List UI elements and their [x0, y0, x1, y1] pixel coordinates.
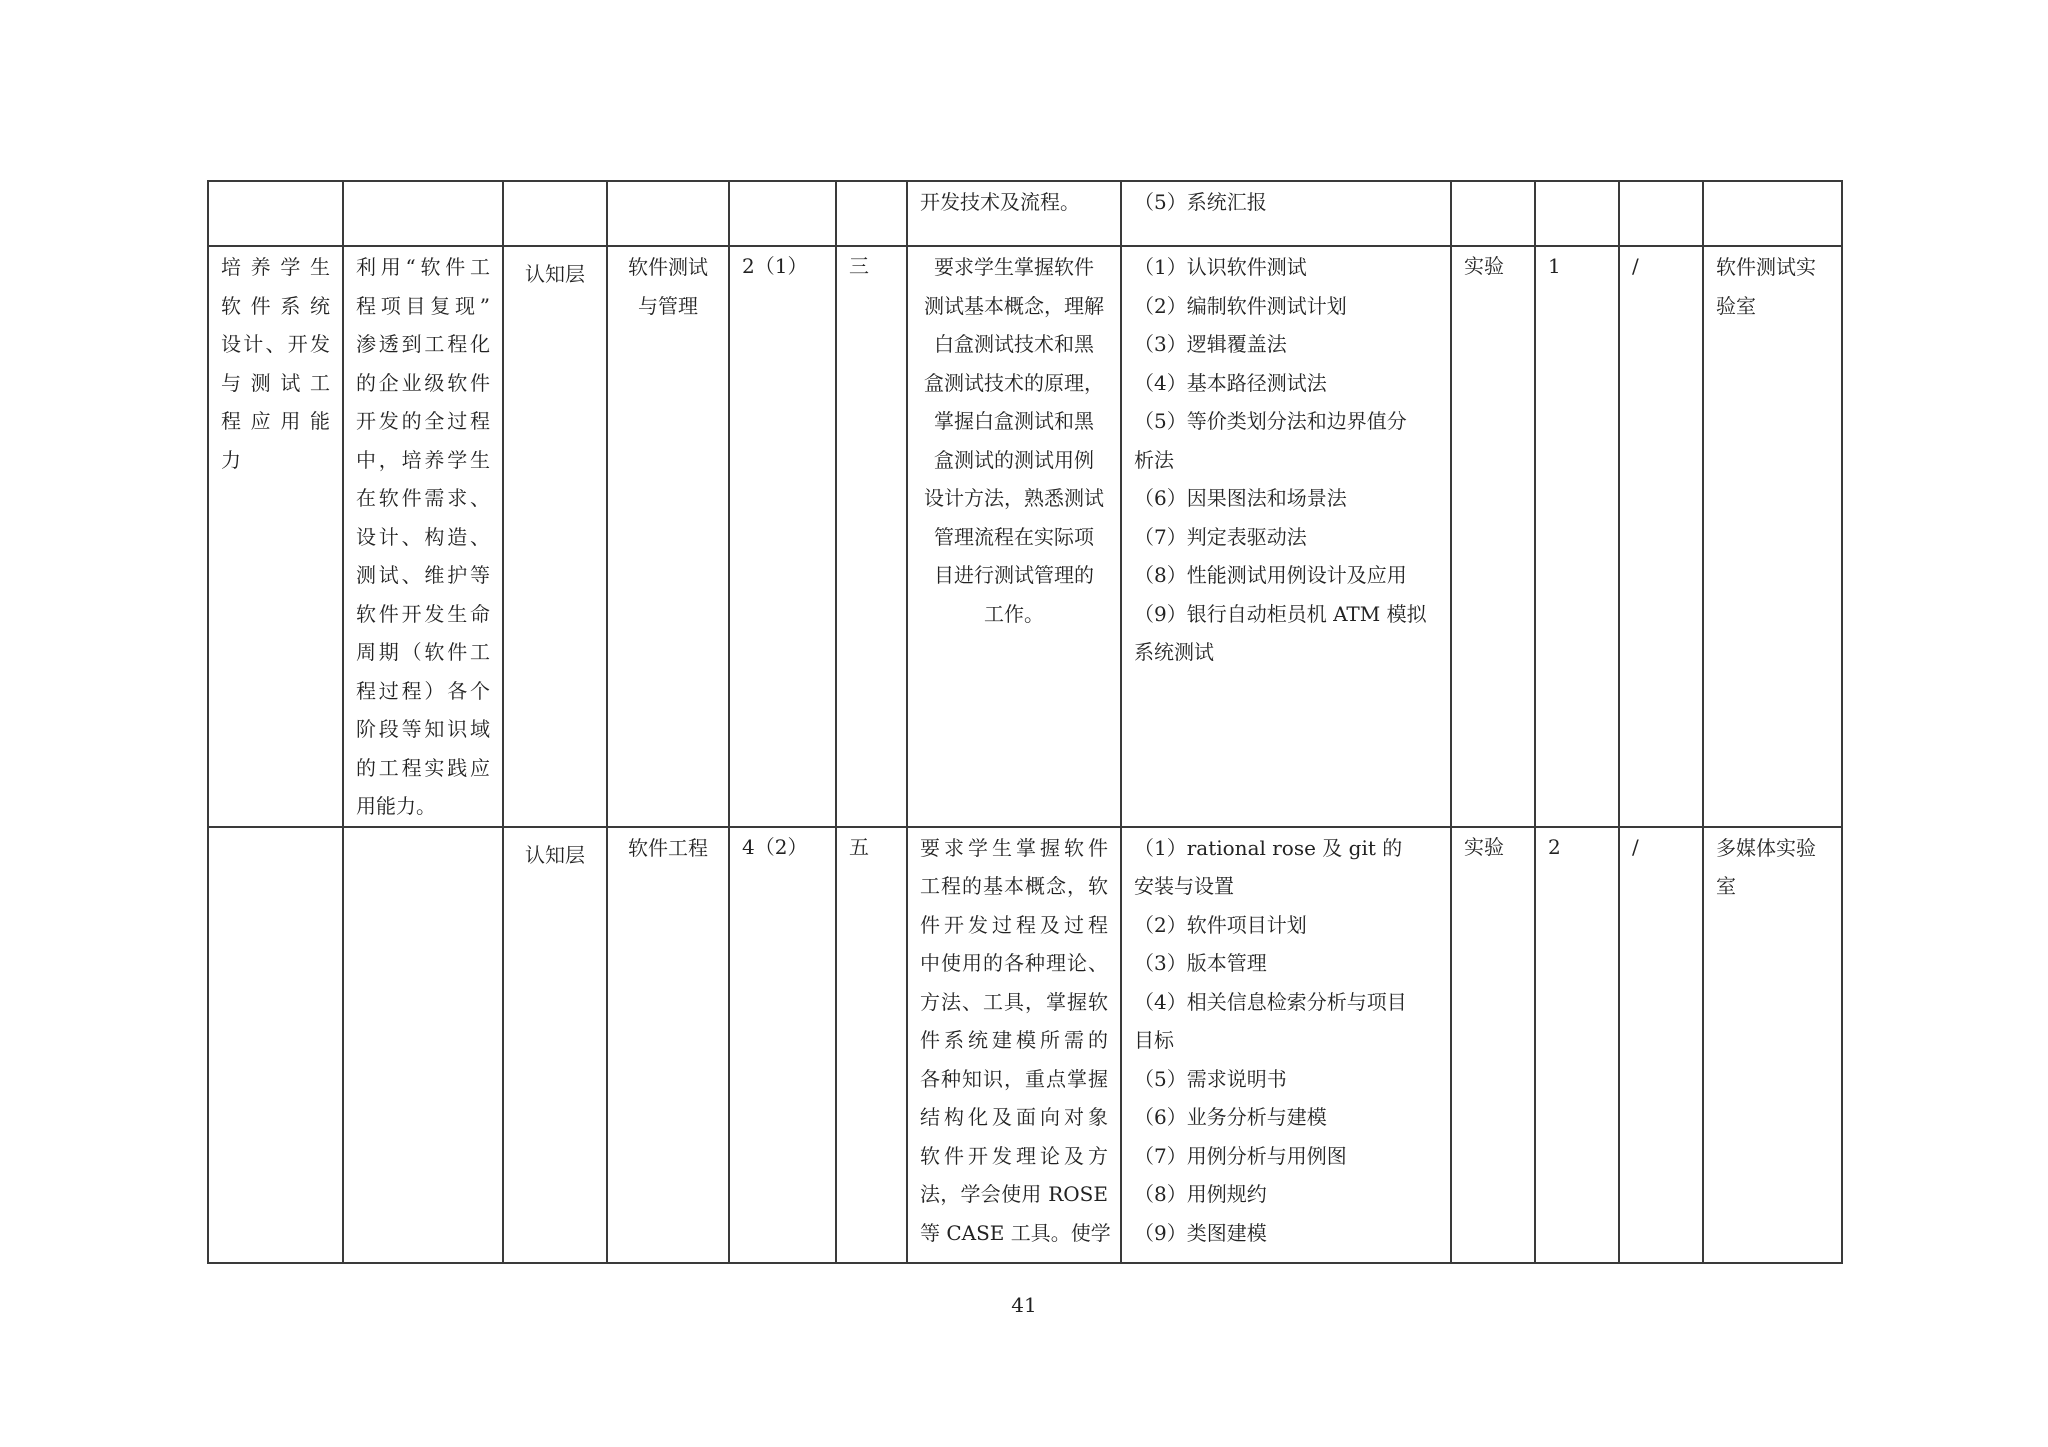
requirements-cell: 要求学生掌握软件测试基本概念，理解白盒测试技术和黑盒测试技术的原理，掌握白盒测试…	[907, 246, 1121, 827]
cell-line: （8）性能测试用例设计及应用	[1134, 556, 1438, 595]
type-cell: 实验	[1451, 827, 1535, 1263]
cell-line: （9）类图建模	[1134, 1214, 1438, 1253]
hours-text: 4（2）	[742, 835, 807, 859]
cell-line: 目进行测试管理的	[920, 556, 1108, 595]
objective-cell	[208, 827, 343, 1263]
cell-line: 用能力。	[356, 787, 490, 826]
cell-line: （9）银行自动柜员机 ATM 模拟	[1134, 595, 1438, 634]
cell-line: 的企业级软件	[356, 364, 490, 403]
cell-line: 利用“软件工	[356, 248, 490, 287]
cell-line: 法，学会使用 ROSE	[920, 1175, 1108, 1214]
cell-line: （4）相关信息检索分析与项目	[1134, 983, 1438, 1022]
cell-line: 与管理	[620, 287, 716, 326]
term-cell	[836, 181, 907, 246]
cell-line: 室	[1716, 867, 1829, 906]
cell-line: 阶段等知识域	[356, 710, 490, 749]
table-row: 认知层 软件工程 4（2） 五 要求学生掌握软件工程的基本概念，软件开发过程及过…	[208, 827, 1842, 1263]
cell-line: （8）用例规约	[1134, 1175, 1438, 1214]
cell-line: 安装与设置	[1134, 867, 1438, 906]
level-cell: 认知层	[503, 827, 607, 1263]
cell-line: 析法	[1134, 441, 1438, 480]
cell-line: 工程的基本概念，软	[920, 867, 1108, 906]
cell-line: 渗透到工程化	[356, 325, 490, 364]
group-size-text: 2	[1548, 835, 1561, 859]
objective-cell	[208, 181, 343, 246]
type-cell: 实验	[1451, 246, 1535, 827]
cell-line: （1）认识软件测试	[1134, 248, 1438, 287]
contents-cell: （1）rational rose 及 git 的安装与设置（2）软件项目计划（3…	[1121, 827, 1451, 1263]
required-cell: /	[1619, 246, 1703, 827]
type-cell	[1451, 181, 1535, 246]
cell-line: 各种知识，重点掌握	[920, 1060, 1108, 1099]
cell-line: 在软件需求、	[356, 479, 490, 518]
group-size-cell: 1	[1535, 246, 1619, 827]
hours-cell: 2（1）	[729, 246, 836, 827]
table-row: 培养学生软件系统设计、开发与测试工程应用能力 利用“软件工程项目复现”渗透到工程…	[208, 246, 1842, 827]
cell-line: 软件开发生命	[356, 595, 490, 634]
term-cell: 三	[836, 246, 907, 827]
cell-line: 程过程）各个	[356, 672, 490, 711]
cell-line: 软件开发理论及方	[920, 1137, 1108, 1176]
cell-line: 方法、工具，掌握软	[920, 983, 1108, 1022]
cell-line: （5）需求说明书	[1134, 1060, 1438, 1099]
requirements-cell: 开发技术及流程。	[907, 181, 1121, 246]
level-cell	[503, 181, 607, 246]
course-cell	[607, 181, 729, 246]
cell-line: 的工程实践应	[356, 749, 490, 788]
cell-line: 掌握白盒测试和黑	[920, 402, 1108, 441]
course-cell: 软件工程	[607, 827, 729, 1263]
level-text: 认知层	[525, 262, 585, 286]
cell-line: （7）判定表驱动法	[1134, 518, 1438, 557]
group-size-cell	[1535, 181, 1619, 246]
cell-line: 目标	[1134, 1021, 1438, 1060]
cell-line: （1）rational rose 及 git 的	[1134, 829, 1438, 868]
cell-line: 要求学生掌握软件	[920, 248, 1108, 287]
cell-line: 系统测试	[1134, 633, 1438, 672]
description-cell	[343, 181, 503, 246]
cell-line: 要求学生掌握软件	[920, 829, 1108, 868]
cell-line: 周期（软件工	[356, 633, 490, 672]
cell-line: （3）逻辑覆盖法	[1134, 325, 1438, 364]
table-row: 开发技术及流程。 （5）系统汇报	[208, 181, 1842, 246]
cell-line: 测试、维护等	[356, 556, 490, 595]
cell-line: 盒测试技术的原理，	[920, 364, 1108, 403]
cell-line: （6）因果图法和场景法	[1134, 479, 1438, 518]
cell-line: 等 CASE 工具。使学	[920, 1214, 1108, 1253]
required-text: /	[1632, 254, 1639, 278]
level-cell: 认知层	[503, 246, 607, 827]
cell-line: 培养学生	[221, 248, 330, 287]
cell-line: （3）版本管理	[1134, 944, 1438, 983]
contents-cell: （5）系统汇报	[1121, 181, 1451, 246]
cell-line: （5）系统汇报	[1134, 183, 1438, 222]
cell-line: 软件测试实	[1716, 248, 1829, 287]
cell-line: 设计、开发	[221, 325, 330, 364]
description-cell: 利用“软件工程项目复现”渗透到工程化的企业级软件开发的全过程中，培养学生在软件需…	[343, 246, 503, 827]
group-size-cell: 2	[1535, 827, 1619, 1263]
cell-line: 中，培养学生	[356, 441, 490, 480]
cell-line: （5）等价类划分法和边界值分	[1134, 402, 1438, 441]
cell-line: 验室	[1716, 287, 1829, 326]
cell-line: 开发技术及流程。	[920, 183, 1108, 222]
cell-line: 工作。	[920, 595, 1108, 634]
venue-cell: 软件测试实验室	[1703, 246, 1842, 827]
course-cell: 软件测试与管理	[607, 246, 729, 827]
cell-line: 结构化及面向对象	[920, 1098, 1108, 1137]
cell-line: 与测试工	[221, 364, 330, 403]
cell-line: 软件系统	[221, 287, 330, 326]
cell-line: （6）业务分析与建模	[1134, 1098, 1438, 1137]
cell-line: 程项目复现”	[356, 287, 490, 326]
cell-line: 测试基本概念，理解	[920, 287, 1108, 326]
cell-line: 开发的全过程	[356, 402, 490, 441]
cell-line: 盒测试的测试用例	[920, 441, 1108, 480]
term-cell: 五	[836, 827, 907, 1263]
cell-line: 设计方法，熟悉测试	[920, 479, 1108, 518]
required-cell	[1619, 181, 1703, 246]
requirements-cell: 要求学生掌握软件工程的基本概念，软件开发过程及过程中使用的各种理论、方法、工具，…	[907, 827, 1121, 1263]
hours-cell: 4（2）	[729, 827, 836, 1263]
venue-cell: 多媒体实验室	[1703, 827, 1842, 1263]
term-text: 三	[849, 254, 869, 278]
cell-line: 多媒体实验	[1716, 829, 1829, 868]
cell-line: 中使用的各种理论、	[920, 944, 1108, 983]
cell-line: 力	[221, 441, 330, 480]
cell-line: （4）基本路径测试法	[1134, 364, 1438, 403]
level-text: 认知层	[525, 843, 585, 867]
cell-line: （2）软件项目计划	[1134, 906, 1438, 945]
objective-cell: 培养学生软件系统设计、开发与测试工程应用能力	[208, 246, 343, 827]
cell-line: 白盒测试技术和黑	[920, 325, 1108, 364]
cell-line: 设计、构造、	[356, 518, 490, 557]
hours-cell	[729, 181, 836, 246]
hours-text: 2（1）	[742, 254, 807, 278]
cell-line: 件开发过程及过程	[920, 906, 1108, 945]
description-cell	[343, 827, 503, 1263]
cell-line: 软件测试	[620, 248, 716, 287]
group-size-text: 1	[1548, 254, 1561, 278]
required-text: /	[1632, 835, 1639, 859]
curriculum-table: 开发技术及流程。 （5）系统汇报 培养学生软件系统设计、开发与测试工程应用能力 …	[207, 180, 1843, 1264]
cell-line: （2）编制软件测试计划	[1134, 287, 1438, 326]
venue-cell	[1703, 181, 1842, 246]
term-text: 五	[849, 835, 869, 859]
cell-line: 件系统建模所需的	[920, 1021, 1108, 1060]
cell-line: （7）用例分析与用例图	[1134, 1137, 1438, 1176]
type-text: 实验	[1464, 835, 1504, 859]
cell-line: 软件工程	[620, 829, 716, 868]
cell-line: 管理流程在实际项	[920, 518, 1108, 557]
required-cell: /	[1619, 827, 1703, 1263]
cell-line: 程应用能	[221, 402, 330, 441]
page-number: 41	[0, 1293, 2048, 1317]
type-text: 实验	[1464, 254, 1504, 278]
contents-cell: （1）认识软件测试（2）编制软件测试计划（3）逻辑覆盖法（4）基本路径测试法（5…	[1121, 246, 1451, 827]
